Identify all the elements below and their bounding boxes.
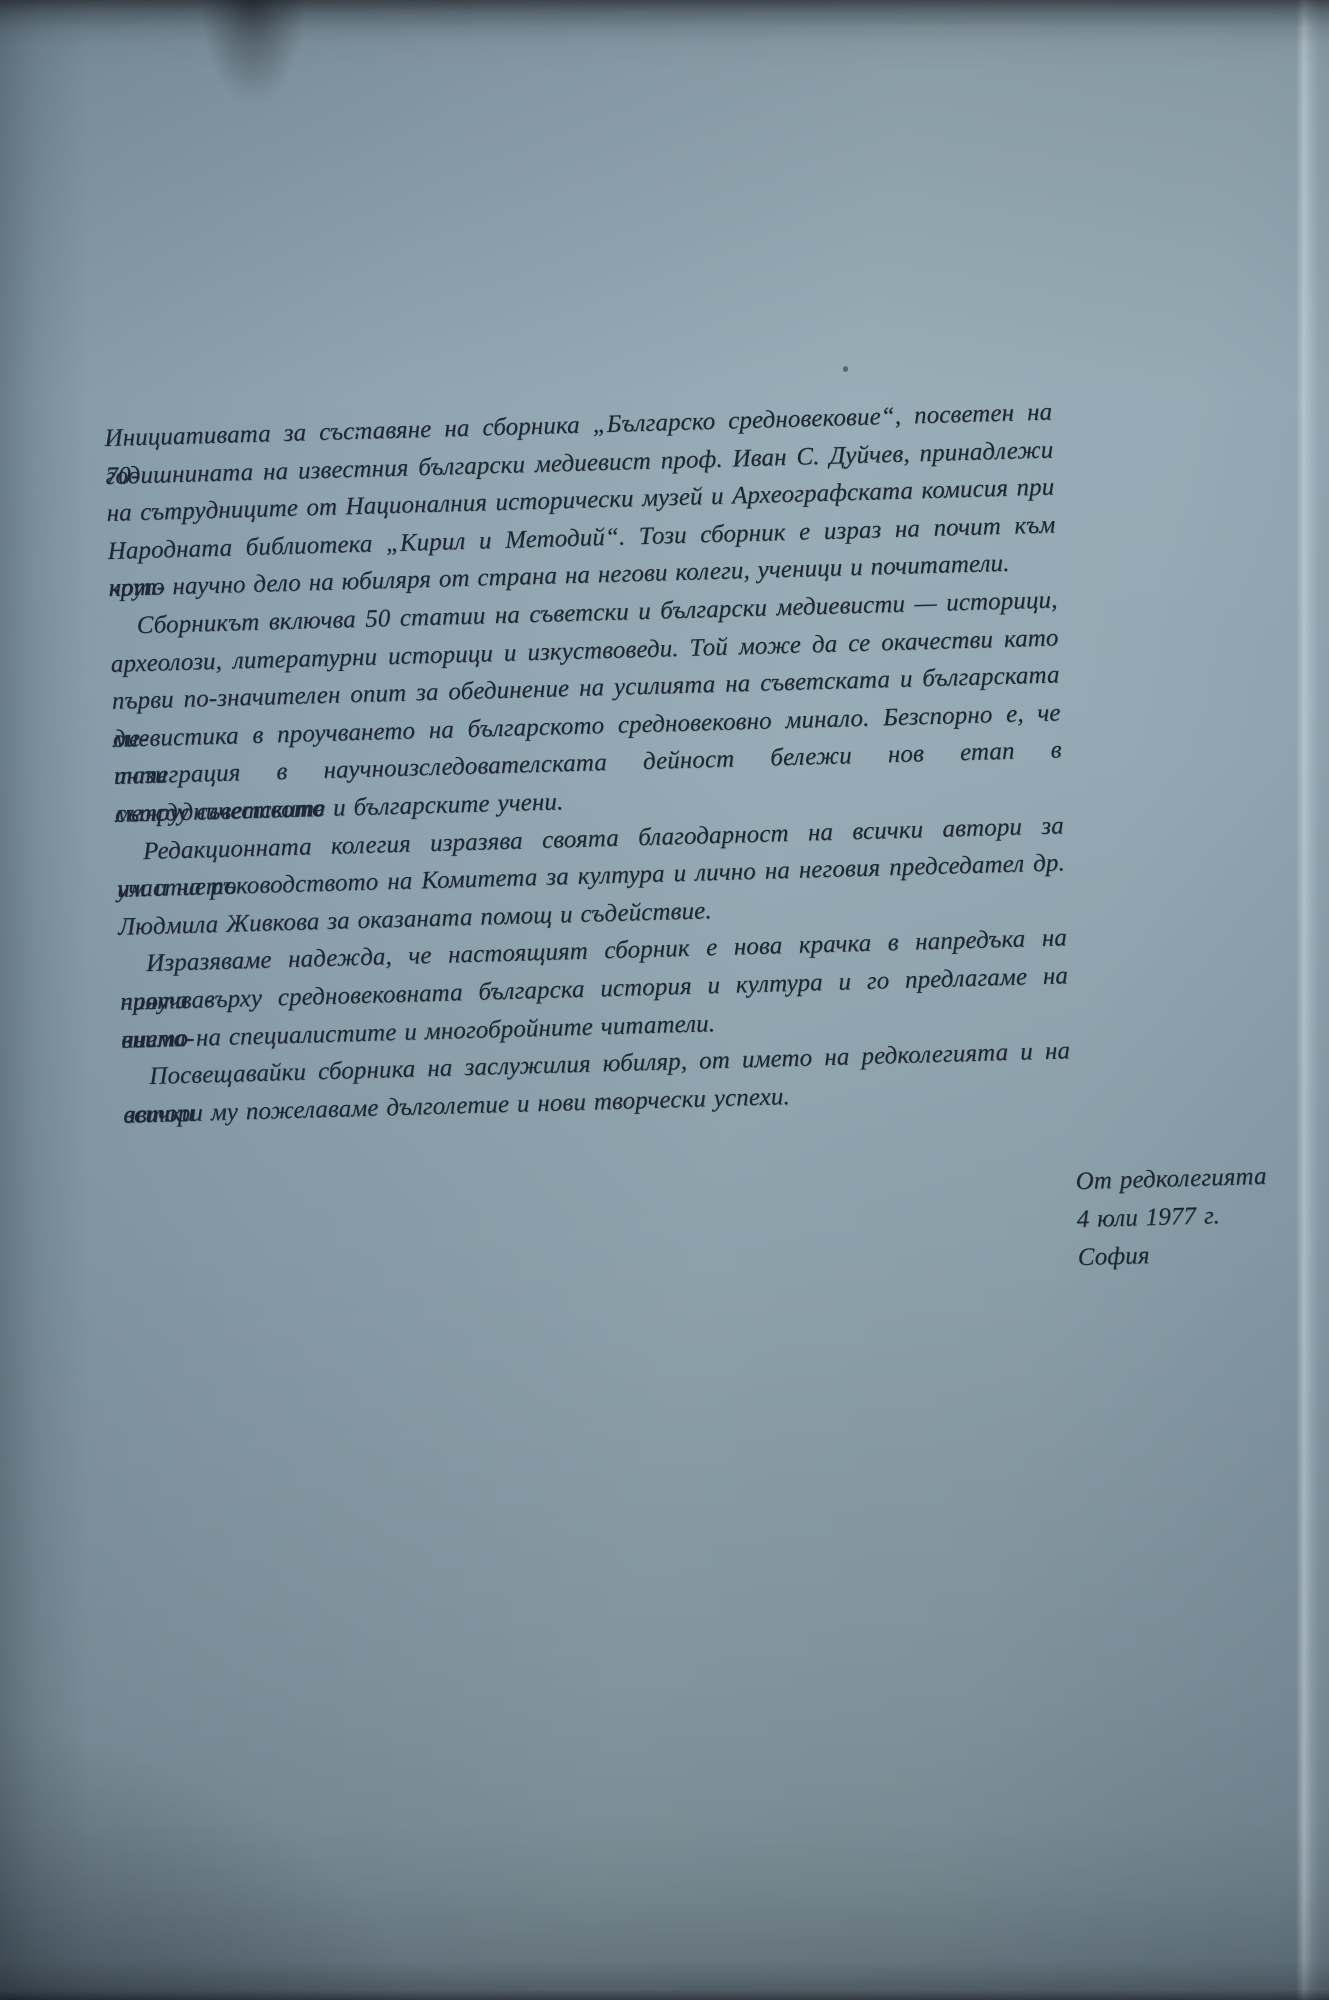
dust-speck (356, 430, 360, 434)
dust-speck (843, 366, 848, 372)
signature-block: От редколегията 4 юли 1977 г. София (1075, 1155, 1329, 1277)
signature-place: София (1077, 1231, 1329, 1277)
book-page-photo: Инициативата за съставяне на сборника „Б… (0, 0, 1329, 2000)
paragraph-2: Сборникът включва 50 статии на съветски … (109, 581, 1063, 833)
paragraph-1: Инициативата за съставяне на сборника „Б… (104, 394, 1057, 608)
preface-text: Инициативата за съставяне на сборника „Б… (104, 394, 1072, 1134)
